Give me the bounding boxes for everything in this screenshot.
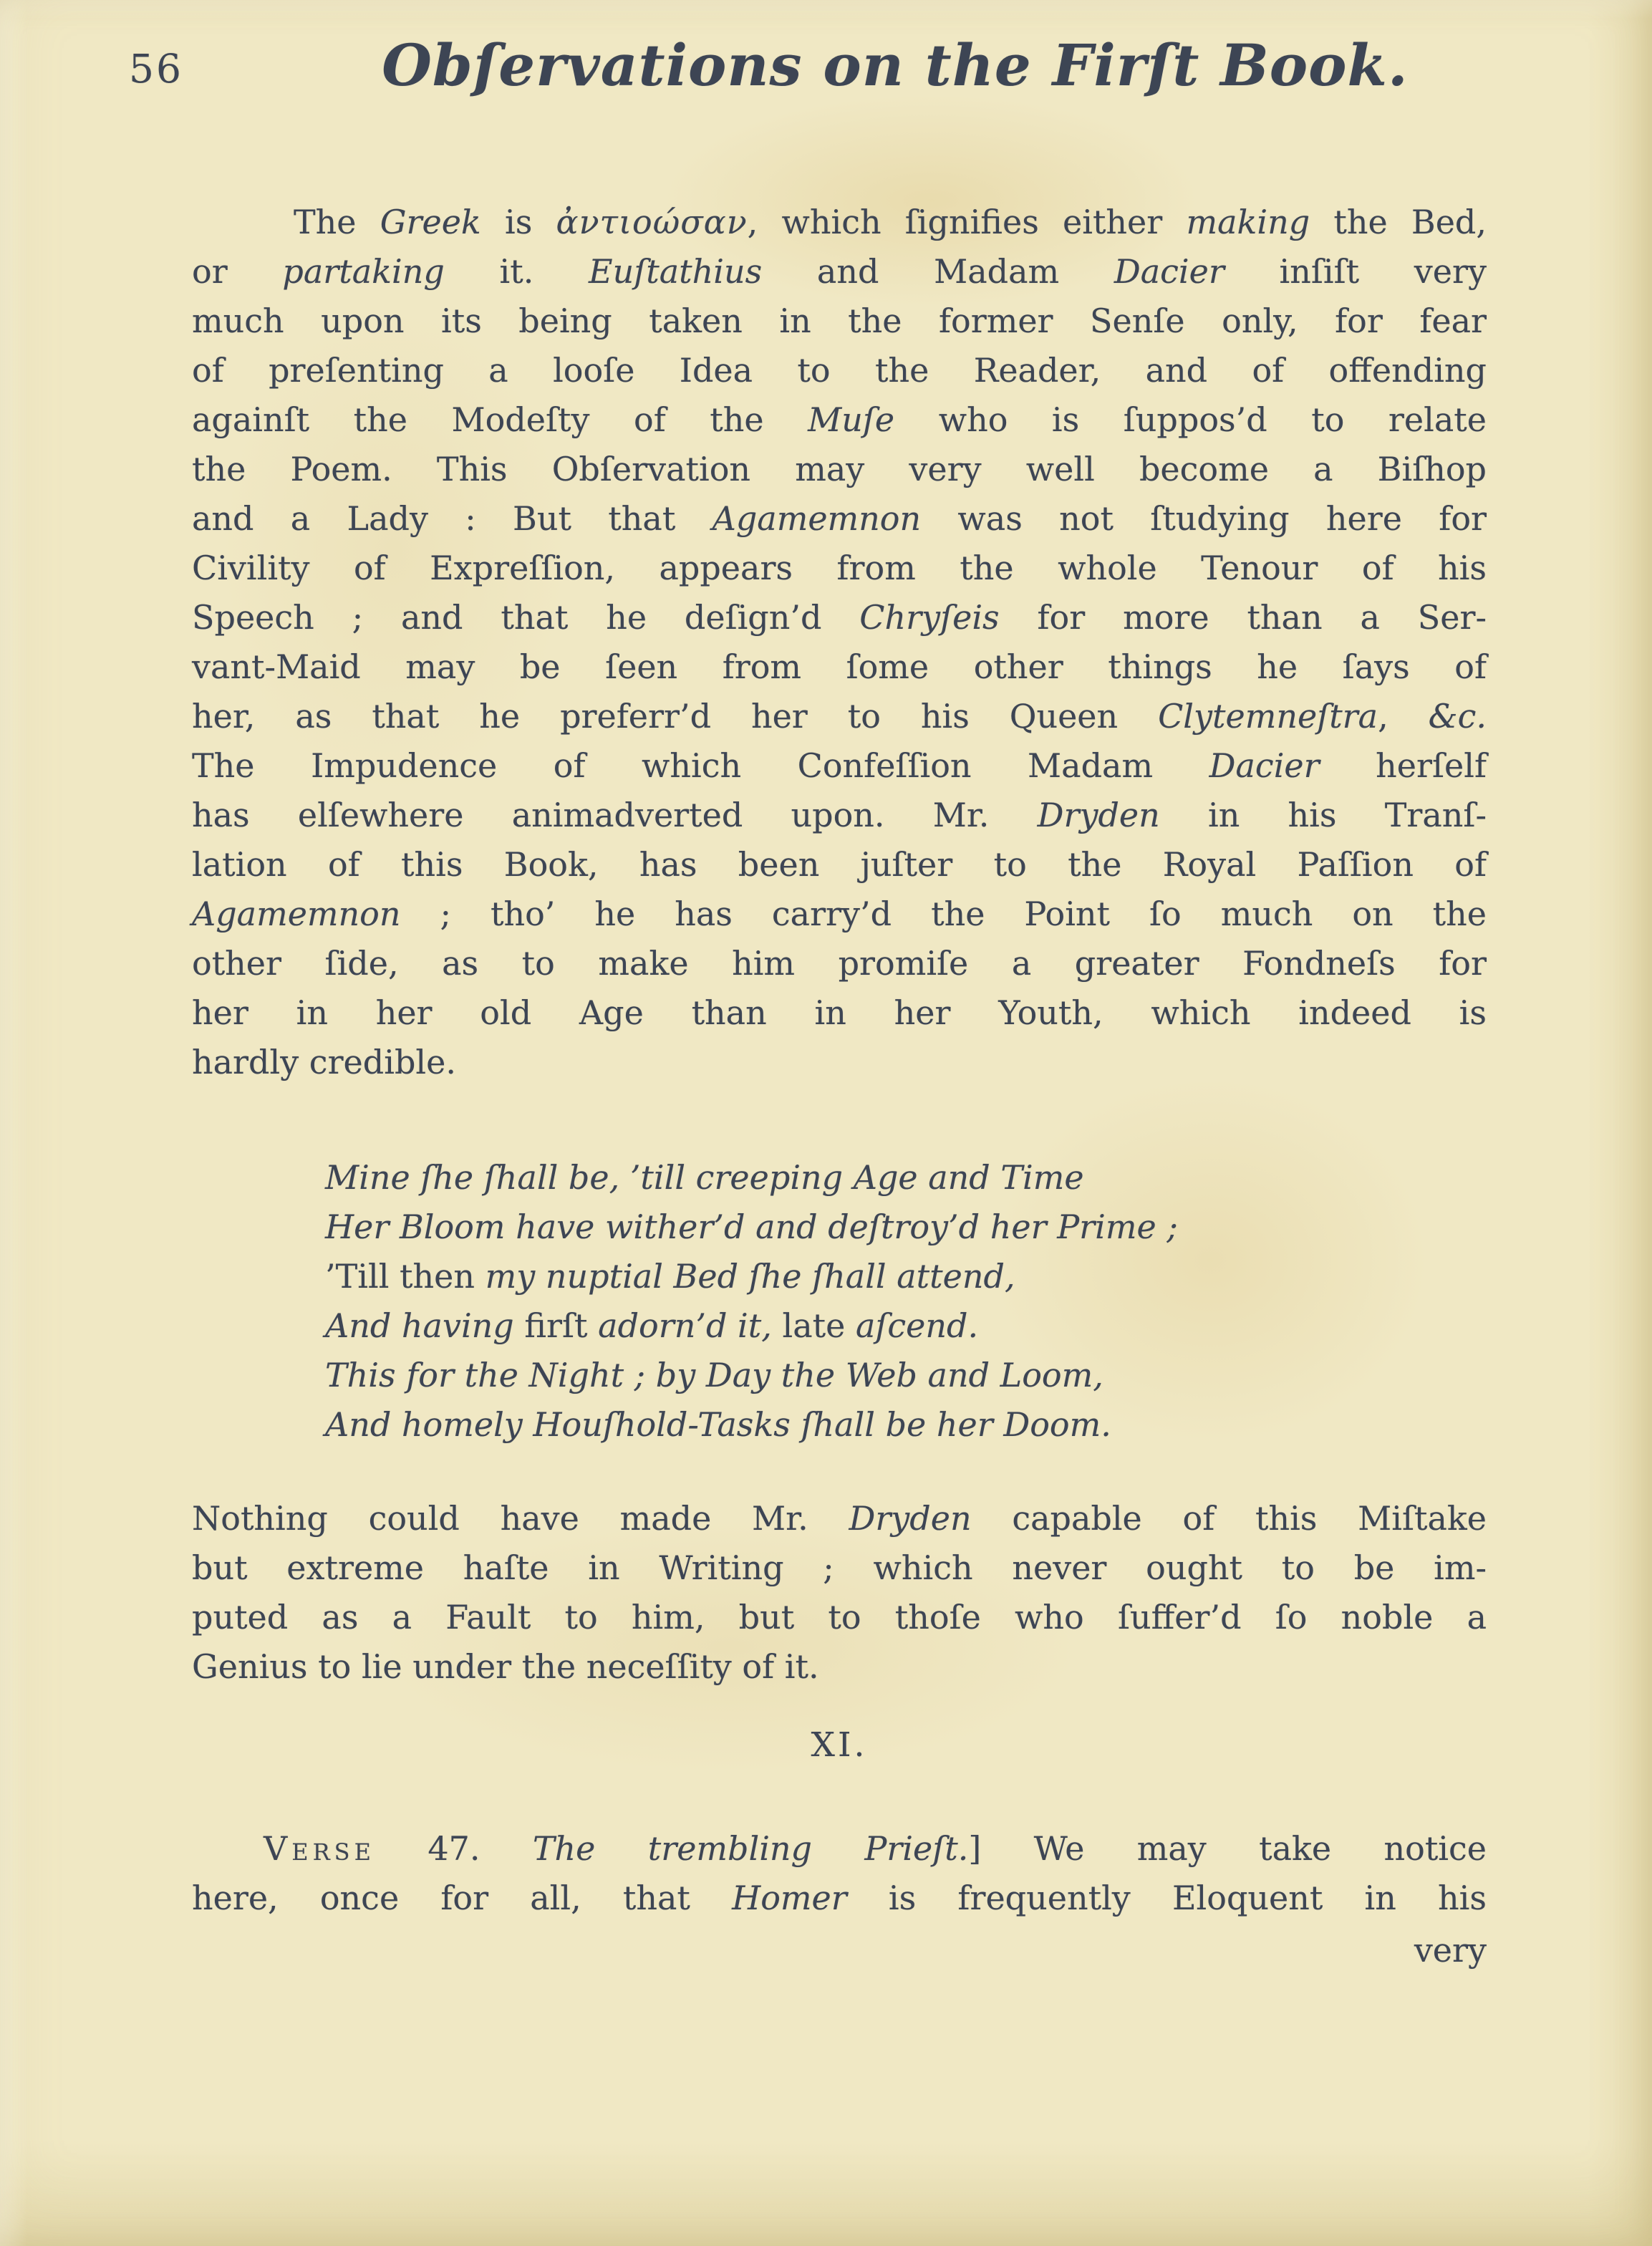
- text-line: other ſide, as to make him promiſe a gre…: [192, 939, 1487, 988]
- page-text: The Greek is ἀντιοώσαν, which ſignifies …: [192, 198, 1487, 1975]
- paragraph-dryden-mistake: Nothing could have made Mr. Dryden capab…: [192, 1494, 1487, 1692]
- text-line: And having firſt adorn’d it, late aſcend…: [325, 1301, 1487, 1351]
- page-number: 56: [129, 46, 183, 92]
- text-line: Genius to lie under the neceſſity of it.: [192, 1642, 1487, 1692]
- text-line: hardly credible.: [192, 1038, 1487, 1087]
- text-line: lation of this Book, has been juſter to …: [192, 840, 1487, 890]
- text-line: her, as that he preferr’d her to his Que…: [192, 692, 1487, 741]
- paragraph-commentary-greek: The Greek is ἀντιοώσαν, which ſignifies …: [192, 198, 1487, 1087]
- text-line: ’Till then my nuptial Bed ſhe ſhall atte…: [325, 1252, 1487, 1301]
- text-line: Civility of Expreſſion, appears from the…: [192, 544, 1487, 593]
- running-title: Obſervations on the Firſt Book.: [337, 32, 1454, 99]
- text-line: vant-Maid may be ſeen from ſome other th…: [192, 642, 1487, 692]
- text-line: againſt the Modeſty of the Muſe who is ſ…: [192, 395, 1487, 445]
- text-line: of preſenting a looſe Idea to the Reader…: [192, 346, 1487, 395]
- verse-quotation-dryden: Mine ſhe ſhall be, ’till creeping Age an…: [325, 1153, 1487, 1450]
- section-heading: XI.: [192, 1720, 1487, 1770]
- text-line: And homely Houſhold-Tasks ſhall be her D…: [325, 1400, 1487, 1450]
- text-line: Mine ſhe ſhall be, ’till creeping Age an…: [325, 1153, 1487, 1202]
- text-line: Nothing could have made Mr. Dryden capab…: [192, 1494, 1487, 1543]
- text-line: Her Bloom have wither’d and deſtroy’d he…: [325, 1202, 1487, 1252]
- text-line: her in her old Age than in her Youth, wh…: [192, 988, 1487, 1038]
- text-line: or partaking it. Euſtathius and Madam Da…: [192, 247, 1487, 297]
- text-line: The Greek is ἀντιοώσαν, which ſignifies …: [192, 198, 1487, 247]
- text-line: has elſewhere animadverted upon. Mr. Dry…: [192, 791, 1487, 840]
- text-line: much upon its being taken in the former …: [192, 297, 1487, 346]
- text-line: and a Lady : But that Agamemnon was not …: [192, 494, 1487, 544]
- text-line: This for the Night ; by Day the Web and …: [325, 1351, 1487, 1400]
- text-line: but extreme haſte in Writing ; which nev…: [192, 1543, 1487, 1593]
- catchword: very: [192, 1926, 1487, 1975]
- book-page-scan: 56 Obſervations on the Firſt Book. The G…: [0, 0, 1652, 2246]
- text-line: Verse 47. The trembling Prieſt.] We may …: [192, 1824, 1487, 1874]
- text-line: here, once for all, that Homer is freque…: [192, 1874, 1487, 1923]
- text-line: The Impudence of which Confeſſion Madam …: [192, 741, 1487, 791]
- paragraph-verse-47-note: Verse 47. The trembling Prieſt.] We may …: [192, 1824, 1487, 1923]
- text-line: the Poem. This Obſervation may very well…: [192, 445, 1487, 494]
- text-line: puted as a Fault to him, but to thoſe wh…: [192, 1593, 1487, 1642]
- text-line: Speech ; and that he deſign’d Chryſeis f…: [192, 593, 1487, 642]
- text-line: Agamemnon ; tho’ he has carry’d the Poin…: [192, 890, 1487, 939]
